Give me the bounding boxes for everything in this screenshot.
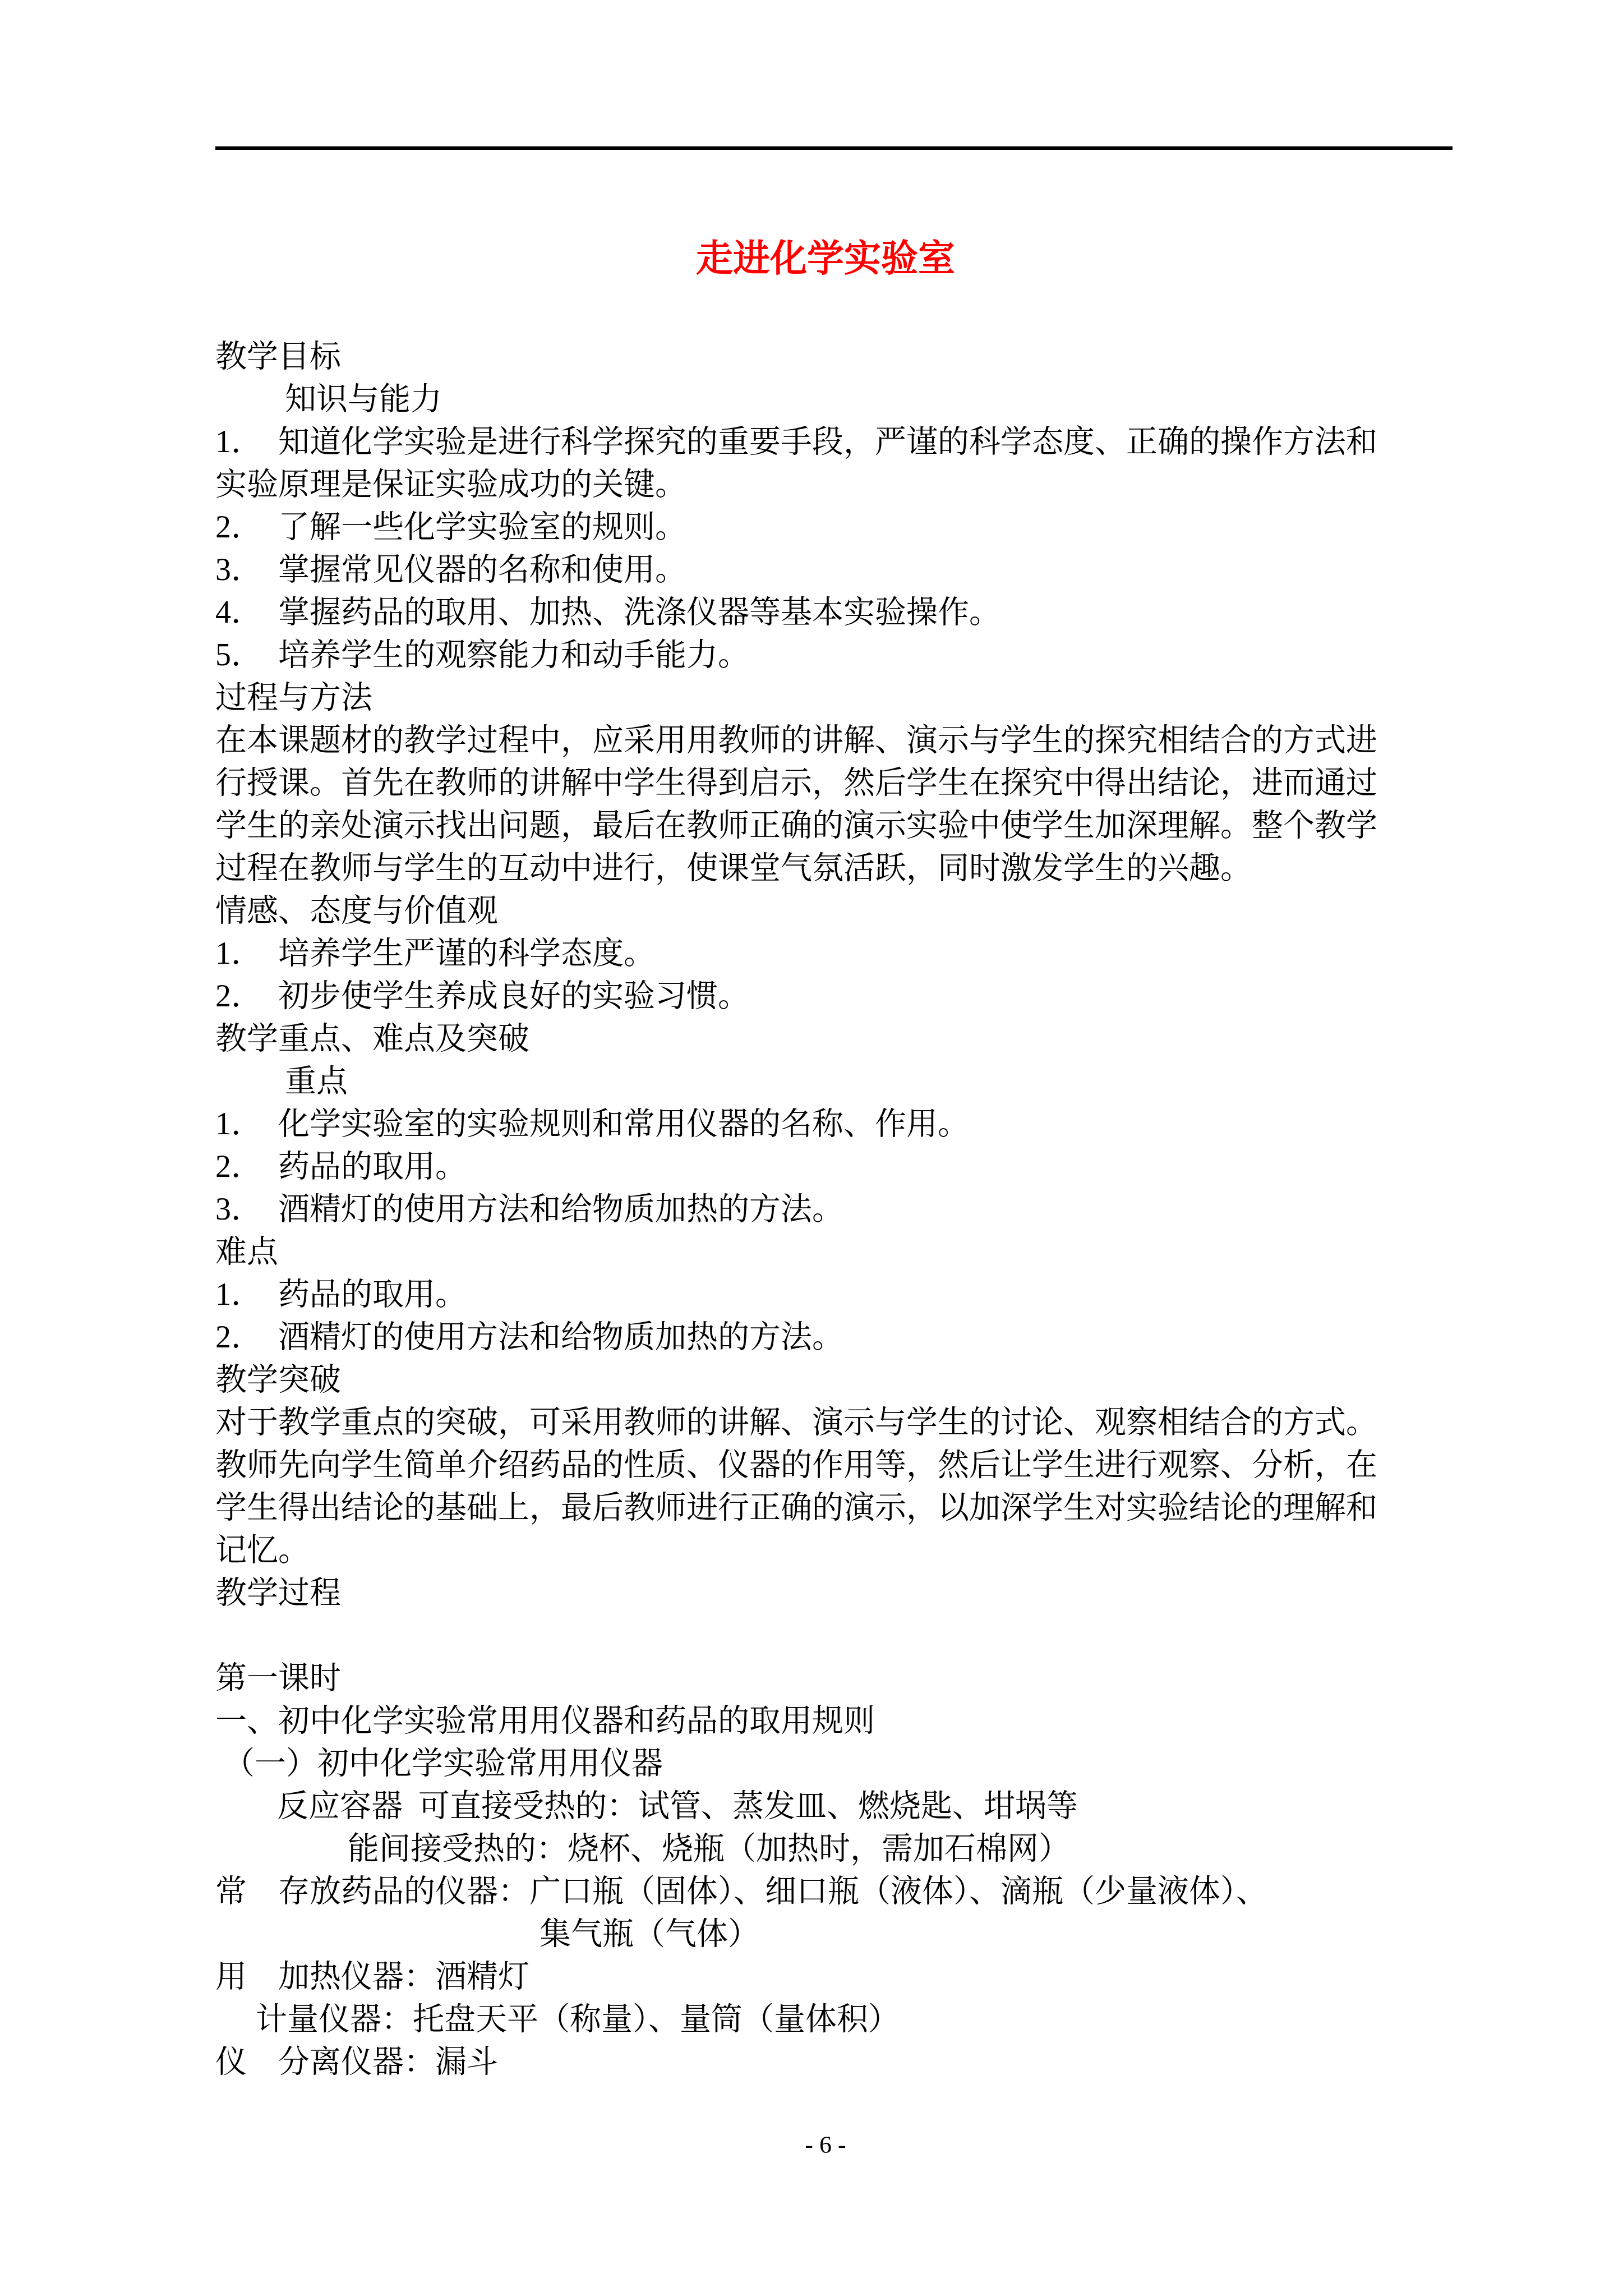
text-line: 过程在教师与学生的互动中进行，使课堂气氛活跃，同时激发学生的兴趣。 [215, 847, 1441, 890]
text-line: 对于教学重点的突破，可采用教师的讲解、演示与学生的讨论、观察相结合的方式。 [215, 1401, 1441, 1444]
text-line: 记忆。 [215, 1529, 1441, 1572]
text-line: 知识与能力 [215, 378, 1441, 421]
text-line: 反应容器 可直接受热的：试管、蒸发皿、燃烧匙、坩埚等 [215, 1785, 1441, 1828]
page-title: 走进化学实验室 [215, 237, 1436, 282]
text-line [215, 1614, 1441, 1657]
text-line: 行授课。首先在教师的讲解中学生得到启示，然后学生在探究中得出结论，进而通过 [215, 762, 1441, 804]
document-body: 教学目标知识与能力1． 知道化学实验是进行科学探究的重要手段，严谨的科学态度、正… [215, 335, 1441, 2083]
text-line: 能间接受热的：烧杯、烧瓶（加热时，需加石棉网） [215, 1828, 1441, 1870]
document-page: 走进化学实验室 教学目标知识与能力1． 知道化学实验是进行科学探究的重要手段，严… [0, 0, 1623, 2296]
text-line: 教学目标 [215, 335, 1441, 378]
text-line: 常 存放药品的仪器：广口瓶（固体）、细口瓶（液体）、滴瓶（少量液体）、 [215, 1870, 1441, 1913]
text-line: 学生得出结论的基础上，最后教师进行正确的演示，以加深学生对实验结论的理解和 [215, 1487, 1441, 1529]
text-line: 计量仪器：托盘天平（称量）、量筒（量体积） [215, 1998, 1441, 2041]
text-line: 学生的亲处演示找出问题，最后在教师正确的演示实验中使学生加深理解。整个教学 [215, 804, 1441, 847]
text-line: 在本课题材的教学过程中，应采用用教师的讲解、演示与学生的探究相结合的方式进 [215, 719, 1441, 762]
text-line: 教学突破 [215, 1359, 1441, 1401]
text-line: 重点 [215, 1060, 1441, 1103]
text-line: 3． 掌握常见仪器的名称和使用。 [215, 549, 1441, 591]
text-line: 5． 培养学生的观察能力和动手能力。 [215, 634, 1441, 677]
text-line: 教师先向学生简单介绍药品的性质、仪器的作用等，然后让学生进行观察、分析，在 [215, 1444, 1441, 1487]
header-rule [215, 146, 1453, 150]
text-line: 难点 [215, 1231, 1441, 1273]
text-line: 实验原理是保证实验成功的关键。 [215, 463, 1441, 506]
page-number: - 6 - [215, 2131, 1436, 2160]
text-line: （一）初中化学实验常用用仪器 [215, 1742, 1441, 1785]
text-line: 1． 化学实验室的实验规则和常用仪器的名称、作用。 [215, 1103, 1441, 1145]
text-line: 4． 掌握药品的取用、加热、洗涤仪器等基本实验操作。 [215, 591, 1441, 634]
text-line: 用 加热仪器：酒精灯 [215, 1955, 1441, 1998]
text-line: 2． 初步使学生养成良好的实验习惯。 [215, 975, 1441, 1018]
text-line: 集气瓶（气体） [215, 1913, 1441, 1955]
text-line: 1． 药品的取用。 [215, 1273, 1441, 1316]
text-line: 过程与方法 [215, 677, 1441, 719]
text-line: 2． 药品的取用。 [215, 1145, 1441, 1188]
text-line: 第一课时 [215, 1657, 1441, 1700]
text-line: 1． 培养学生严谨的科学态度。 [215, 932, 1441, 975]
text-line: 情感、态度与价值观 [215, 890, 1441, 932]
text-line: 1． 知道化学实验是进行科学探究的重要手段，严谨的科学态度、正确的操作方法和 [215, 421, 1441, 463]
text-line: 仪 分离仪器：漏斗 [215, 2041, 1441, 2083]
text-line: 教学过程 [215, 1572, 1441, 1614]
text-line: 教学重点、难点及突破 [215, 1018, 1441, 1060]
text-line: 3． 酒精灯的使用方法和给物质加热的方法。 [215, 1188, 1441, 1231]
text-line: 2． 了解一些化学实验室的规则。 [215, 506, 1441, 549]
text-line: 2． 酒精灯的使用方法和给物质加热的方法。 [215, 1316, 1441, 1359]
text-line: 一、初中化学实验常用用仪器和药品的取用规则 [215, 1700, 1441, 1742]
